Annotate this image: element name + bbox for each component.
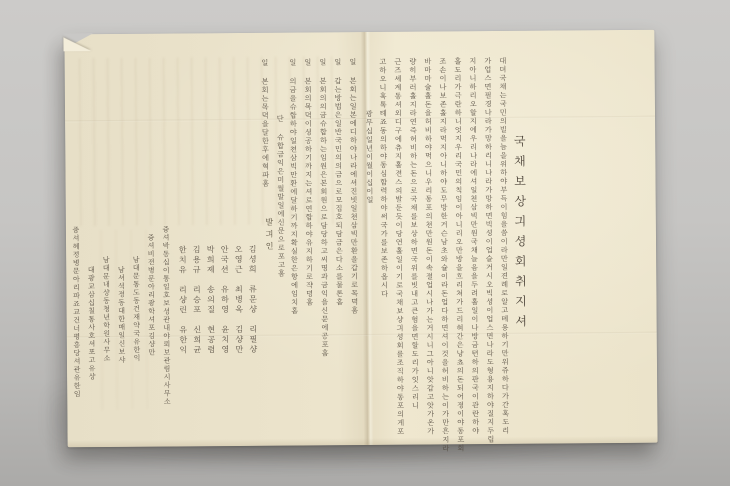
promoter-name: 김셩희 (248, 245, 256, 275)
promoter-name: 최병옥 (234, 285, 242, 315)
photo-background: { "photo": { "subject": "folded printed … (0, 0, 730, 486)
date-column: 광무십일년이월이십이일 (366, 110, 374, 205)
promoter-name: 리샹린 (178, 285, 186, 315)
promoter-name: 유한익 (179, 325, 187, 355)
document-title: 국채보상긔셩회취지셔 (513, 135, 527, 335)
body-column-3: 지아니하리오할지에우리나라에셔일쳔삼빅만원국채늘음을두려홀일이나방금텬하의판국이… (470, 57, 480, 435)
promoter-name: 류문샹 (248, 285, 256, 315)
promoter-name: 안국션 (220, 245, 228, 275)
body-column-7: 량히부러홀지라연즉허비하는돈으로국채를보상하면국위를빗내고큰험을면할도리가잇스리… (410, 58, 420, 411)
promoter-name: 유하영 (220, 285, 228, 315)
promoter-name: 김샹만 (235, 325, 243, 355)
body-column-5: 조손이나보존홀지라먹지아니하야도무방한거슨남초와슐이라돈업다하면셔이것을허비하는… (440, 57, 450, 453)
office-address-2: 즁셔비젼병문아리광학셔포김샹만 (147, 234, 155, 357)
promoter-name: 현공렴 (207, 325, 215, 355)
office-address-6: 대광교삼십칠통사호셔포고유샹 (87, 266, 95, 381)
promoter-name: 리필샹 (249, 325, 257, 355)
ink-show-through (79, 56, 342, 226)
corner-dogear-flap (63, 37, 91, 51)
body-column-1: 대뎌국채는국민의빌을늠을위하야부득이힘을씀이라만일젼례로알고톄용하기만위쥬하다가… (500, 57, 510, 435)
corner-dogear (63, 33, 93, 49)
fold-crease (360, 32, 373, 445)
body-column-4: 홀도리가극란하니엇지우리국민의칙임이아니리오만방을흐리쳐가드리혀간은냥쵸의돈되어… (455, 57, 465, 453)
promoter-name: 한치유 (178, 245, 186, 275)
promoter-name: 송의질 (206, 285, 214, 315)
promoter-name: 윤치영 (221, 325, 229, 355)
office-address-1: 즁셔박동십이통일호보셩관내야뢰보관림시사무소 (162, 226, 170, 406)
body-column-2: 가업스면필경나라가망하리니나라가망하면빅셩이업슬거시오빅셩이업스면나라도형용지하… (485, 57, 495, 444)
rule-note: 단 슈합금익은미월말일에신문으로포고홈 (277, 115, 285, 278)
rule-item-2: 일 갑는방법은일반국민의의금으로모집호되담금은다소를물론홈 (335, 58, 344, 306)
body-column-8: 근즈셰계동셔외디구에츄지홀젼스의발둔듯이당연홀일이기로국채보샹긔셩회를조직하야동… (395, 58, 405, 436)
rule-item-6: 일 본회는목뎍을달한후에혁파홈 (262, 59, 270, 188)
rule-item-5: 일 의금을슈합하야일쳔삼빅만환에달하기까지확실한은항에임치홈 (290, 58, 299, 315)
office-address-4: 남셔셕졍동대한매일신보샤 (117, 266, 125, 364)
rule-item-1: 일 본회는일본에디하야나라에셔진빗일쳔삼빅만환을갑기로목뎍홈 (350, 58, 359, 315)
rule-item-4: 일 본회의목뎍이셩공하기까지는셔로연합하야유지하기로쟉뎡홈 (305, 58, 314, 306)
promoter-name: 신희균 (193, 325, 201, 355)
promoters-heading: 발긔인 (265, 218, 273, 254)
paper-bottom-edge (68, 436, 658, 448)
body-column-9: 고하오니혹톡톄죠동의하야동심합력하야써국가를보존하옵시다 (380, 58, 389, 299)
office-address-7: 즁셔혜졍병문아리파죠교건너평흥당셔관유한임 (72, 226, 80, 398)
promoter-name: 박희졔 (206, 245, 214, 275)
office-address-3: 남대문통도동건재약국유한익 (132, 256, 140, 363)
horizontal-crease (65, 116, 655, 123)
paper-sheet: 국채보상긔셩회취지셔 대뎌국채는국민의빌을늠을위하야부득이힘을씀이라만일젼례로알… (64, 30, 657, 448)
promoter-name: 김용규 (192, 245, 200, 275)
promoter-name: 리승포 (192, 285, 200, 315)
rule-item-3: 일 본회의의금슈합하는임원은본회원으로담당하고씨명과금익을신문에공포홈 (320, 58, 330, 357)
office-address-5: 남대문내샹동쳥년학원사무소 (102, 256, 110, 363)
promoter-name: 오영근 (234, 245, 242, 275)
body-column-6: 바마마슐홀돈을허비하야먹으니우리동포의쳔만원돈이속졀업시나가는거시니그아니앗갑고… (425, 57, 435, 435)
